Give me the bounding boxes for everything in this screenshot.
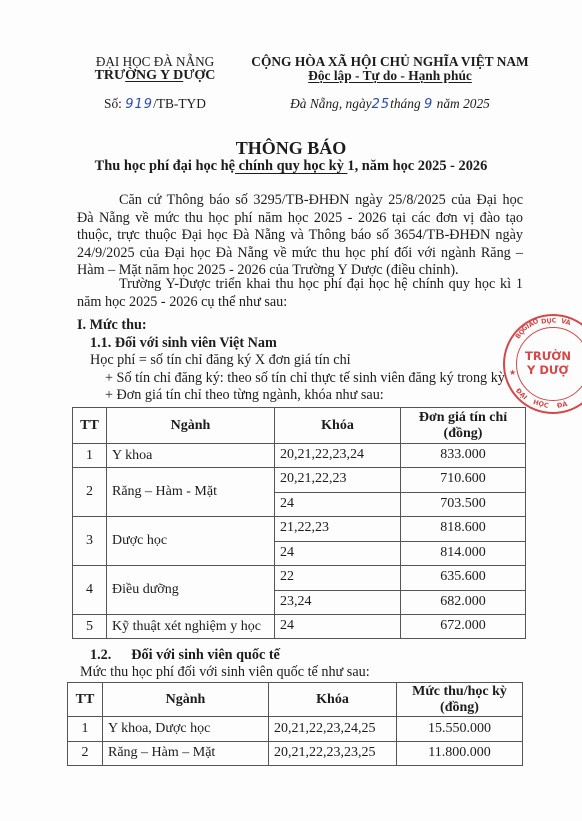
header-semester-fee-line2: (đồng) — [440, 700, 479, 715]
cell-cohort: 22 — [275, 566, 401, 591]
table-row: 2 Răng – Hàm - Mặt 20,21,22,23 710.600 — [73, 468, 526, 493]
stamp-line-1: TRƯỜN — [525, 349, 571, 363]
header-cohort: Khóa — [275, 408, 401, 444]
header-major: Ngành — [107, 408, 275, 444]
cell-price: 672.000 — [401, 615, 526, 639]
school-name-underlined: ỜNG Y D — [125, 68, 183, 83]
cell-cohort: 24 — [275, 541, 401, 566]
cell-cohort: 21,22,23 — [275, 517, 401, 542]
table-row: 1 Y khoa 20,21,22,23,24 833.000 — [73, 444, 526, 468]
cell-major: Dược học — [107, 517, 275, 566]
stamp-ring-text-bottom-3: ĐÀ — [556, 400, 568, 410]
legal-basis-text: Căn cứ Thông báo số 3295/TB-ĐHĐN ngày 25… — [77, 192, 523, 278]
cell-fee: 11.800.000 — [397, 741, 523, 766]
cell-major: Điều dưỡng — [107, 566, 275, 615]
school-name: TRƯỜNG Y DƯỢC — [86, 68, 224, 84]
cell-fee: 15.550.000 — [397, 717, 523, 742]
table-row: 5 Kỹ thuật xét nghiệm y học 24 672.000 — [73, 615, 526, 639]
table-header-row: TT Ngành Khóa Đơn giá tín chỉ(đồng) — [73, 408, 526, 444]
header-tt: TT — [68, 683, 103, 717]
stamp-line-2: Y DƯỢ — [527, 363, 569, 377]
cell-tt: 4 — [73, 566, 107, 615]
school-name-pre: TRƯ — [95, 68, 126, 83]
table-row: 4 Điều dưỡng 22 635.600 — [73, 566, 526, 591]
header-semester-fee: Mức thu/học kỳ(đồng) — [397, 683, 523, 717]
bullet-credits: + Số tín chỉ đăng ký: theo số tín chỉ th… — [105, 370, 505, 387]
table-row: 1 Y khoa, Dược học 20,21,22,23,24,25 15.… — [68, 717, 523, 742]
national-motto: Độc lập - Tự do - Hạnh phúc — [246, 68, 534, 84]
cell-tt: 2 — [73, 468, 107, 517]
cell-cohort: 20,21,22,23,23,25 — [269, 741, 397, 766]
table-row: 3 Dược học 21,22,23 818.600 — [73, 517, 526, 542]
cell-major: Răng – Hàm - Mặt — [107, 468, 275, 517]
header-major: Ngành — [103, 683, 269, 717]
header-semester-fee-line1: Mức thu/học kỳ — [412, 684, 507, 699]
cell-price: 818.600 — [401, 517, 526, 542]
subtitle-pre: Thu học phí đại học hệ — [95, 158, 235, 174]
cell-cohort: 20,21,22,23 — [275, 468, 401, 493]
document-number-label: Số: — [104, 96, 122, 111]
cell-major: Y khoa — [107, 444, 275, 468]
section-heading-fees: I. Mức thu: — [77, 317, 147, 334]
cell-major: Y khoa, Dược học — [103, 717, 269, 742]
cell-cohort: 20,21,22,23,24 — [275, 444, 401, 468]
table-header-row: TT Ngành Khóa Mức thu/học kỳ(đồng) — [68, 683, 523, 717]
cell-major: Kỹ thuật xét nghiệm y học — [107, 615, 275, 639]
cell-price: 635.600 — [401, 566, 526, 591]
section-heading-vietnamese-students: 1.1. Đối với sinh viên Việt Nam — [90, 335, 277, 352]
official-stamp: BỘ GIÁO DỤC VÀ ★ ĐẠI HỌC ĐÀ TRƯỜN Y DƯỢ — [503, 314, 582, 414]
cell-price: 833.000 — [401, 444, 526, 468]
cell-tt: 3 — [73, 517, 107, 566]
document-title: THÔNG BÁO — [60, 138, 522, 159]
document-number-suffix: /TB-TYD — [153, 96, 206, 111]
header-cohort: Khóa — [269, 683, 397, 717]
header-unit-price: Đơn giá tín chỉ(đồng) — [401, 408, 526, 444]
bullet-unit-price: + Đơn giá tín chỉ theo từng ngành, khóa … — [105, 387, 384, 404]
cell-cohort: 20,21,22,23,24,25 — [269, 717, 397, 742]
cell-tt: 1 — [68, 717, 103, 742]
international-tuition-table: TT Ngành Khóa Mức thu/học kỳ(đồng) 1 Y k… — [67, 682, 523, 766]
document-date: Đà Nẵng, ngày25tháng 9 năm 2025 — [246, 96, 534, 112]
table-row: 2 Răng – Hàm – Mặt 20,21,22,23,23,25 11.… — [68, 741, 523, 766]
date-month-handwritten: 9 — [424, 97, 433, 112]
date-place: Đà Nẵng, ngày — [290, 96, 371, 111]
implementation-text: Trường Y-Dược triển khai thu học phí đại… — [77, 276, 523, 310]
cell-tt: 2 — [68, 741, 103, 766]
date-year: năm 2025 — [437, 96, 490, 111]
legal-basis-paragraph: Căn cứ Thông báo số 3295/TB-ĐHĐN ngày 25… — [77, 192, 523, 280]
cell-major: Răng – Hàm – Mặt — [103, 741, 269, 766]
cell-cohort: 24 — [275, 492, 401, 517]
date-day-handwritten: 25 — [372, 97, 391, 112]
header-unit-price-line1: Đơn giá tín chỉ — [419, 410, 507, 425]
cell-cohort: 23,24 — [275, 590, 401, 615]
school-name-post: ƯỢC — [183, 68, 215, 83]
cell-price: 703.500 — [401, 492, 526, 517]
date-month-label: tháng — [390, 96, 421, 111]
subtitle-post: 1, năm học 2025 - 2026 — [347, 158, 487, 174]
stamp-ring-text-top-3: DỤC — [541, 316, 557, 325]
cell-tt: 1 — [73, 444, 107, 468]
header-unit-price-line2: (đồng) — [444, 426, 483, 441]
document-number-handwritten: 919 — [125, 97, 153, 112]
stamp-star-icon: ★ — [509, 368, 516, 377]
fee-formula: Học phí = số tín chỉ đăng ký X đơn giá t… — [90, 352, 351, 369]
cell-price: 682.000 — [401, 590, 526, 615]
header-tt: TT — [73, 408, 107, 444]
section-title: Đối với sinh viên quốc tế — [131, 647, 280, 663]
implementation-paragraph: Trường Y-Dược triển khai thu học phí đại… — [77, 276, 523, 311]
cell-price: 814.000 — [401, 541, 526, 566]
section-heading-international-students: 1.2.Đối với sinh viên quốc tế — [90, 647, 280, 664]
subtitle-underlined: chính quy học kỳ — [235, 158, 347, 174]
section-number: 1.2. — [90, 647, 111, 663]
document-subtitle: Thu học phí đại học hệ chính quy học kỳ … — [60, 158, 522, 175]
cell-cohort: 24 — [275, 615, 401, 639]
cell-price: 710.600 — [401, 468, 526, 493]
vietnamese-tuition-table: TT Ngành Khóa Đơn giá tín chỉ(đồng) 1 Y … — [72, 407, 526, 639]
international-intro: Mức thu học phí đối với sinh viên quốc t… — [80, 664, 370, 681]
stamp-ring-text-top-4: VÀ — [560, 317, 571, 327]
cell-tt: 5 — [73, 615, 107, 639]
document-number: Số: 919/TB-TYD — [104, 96, 206, 112]
